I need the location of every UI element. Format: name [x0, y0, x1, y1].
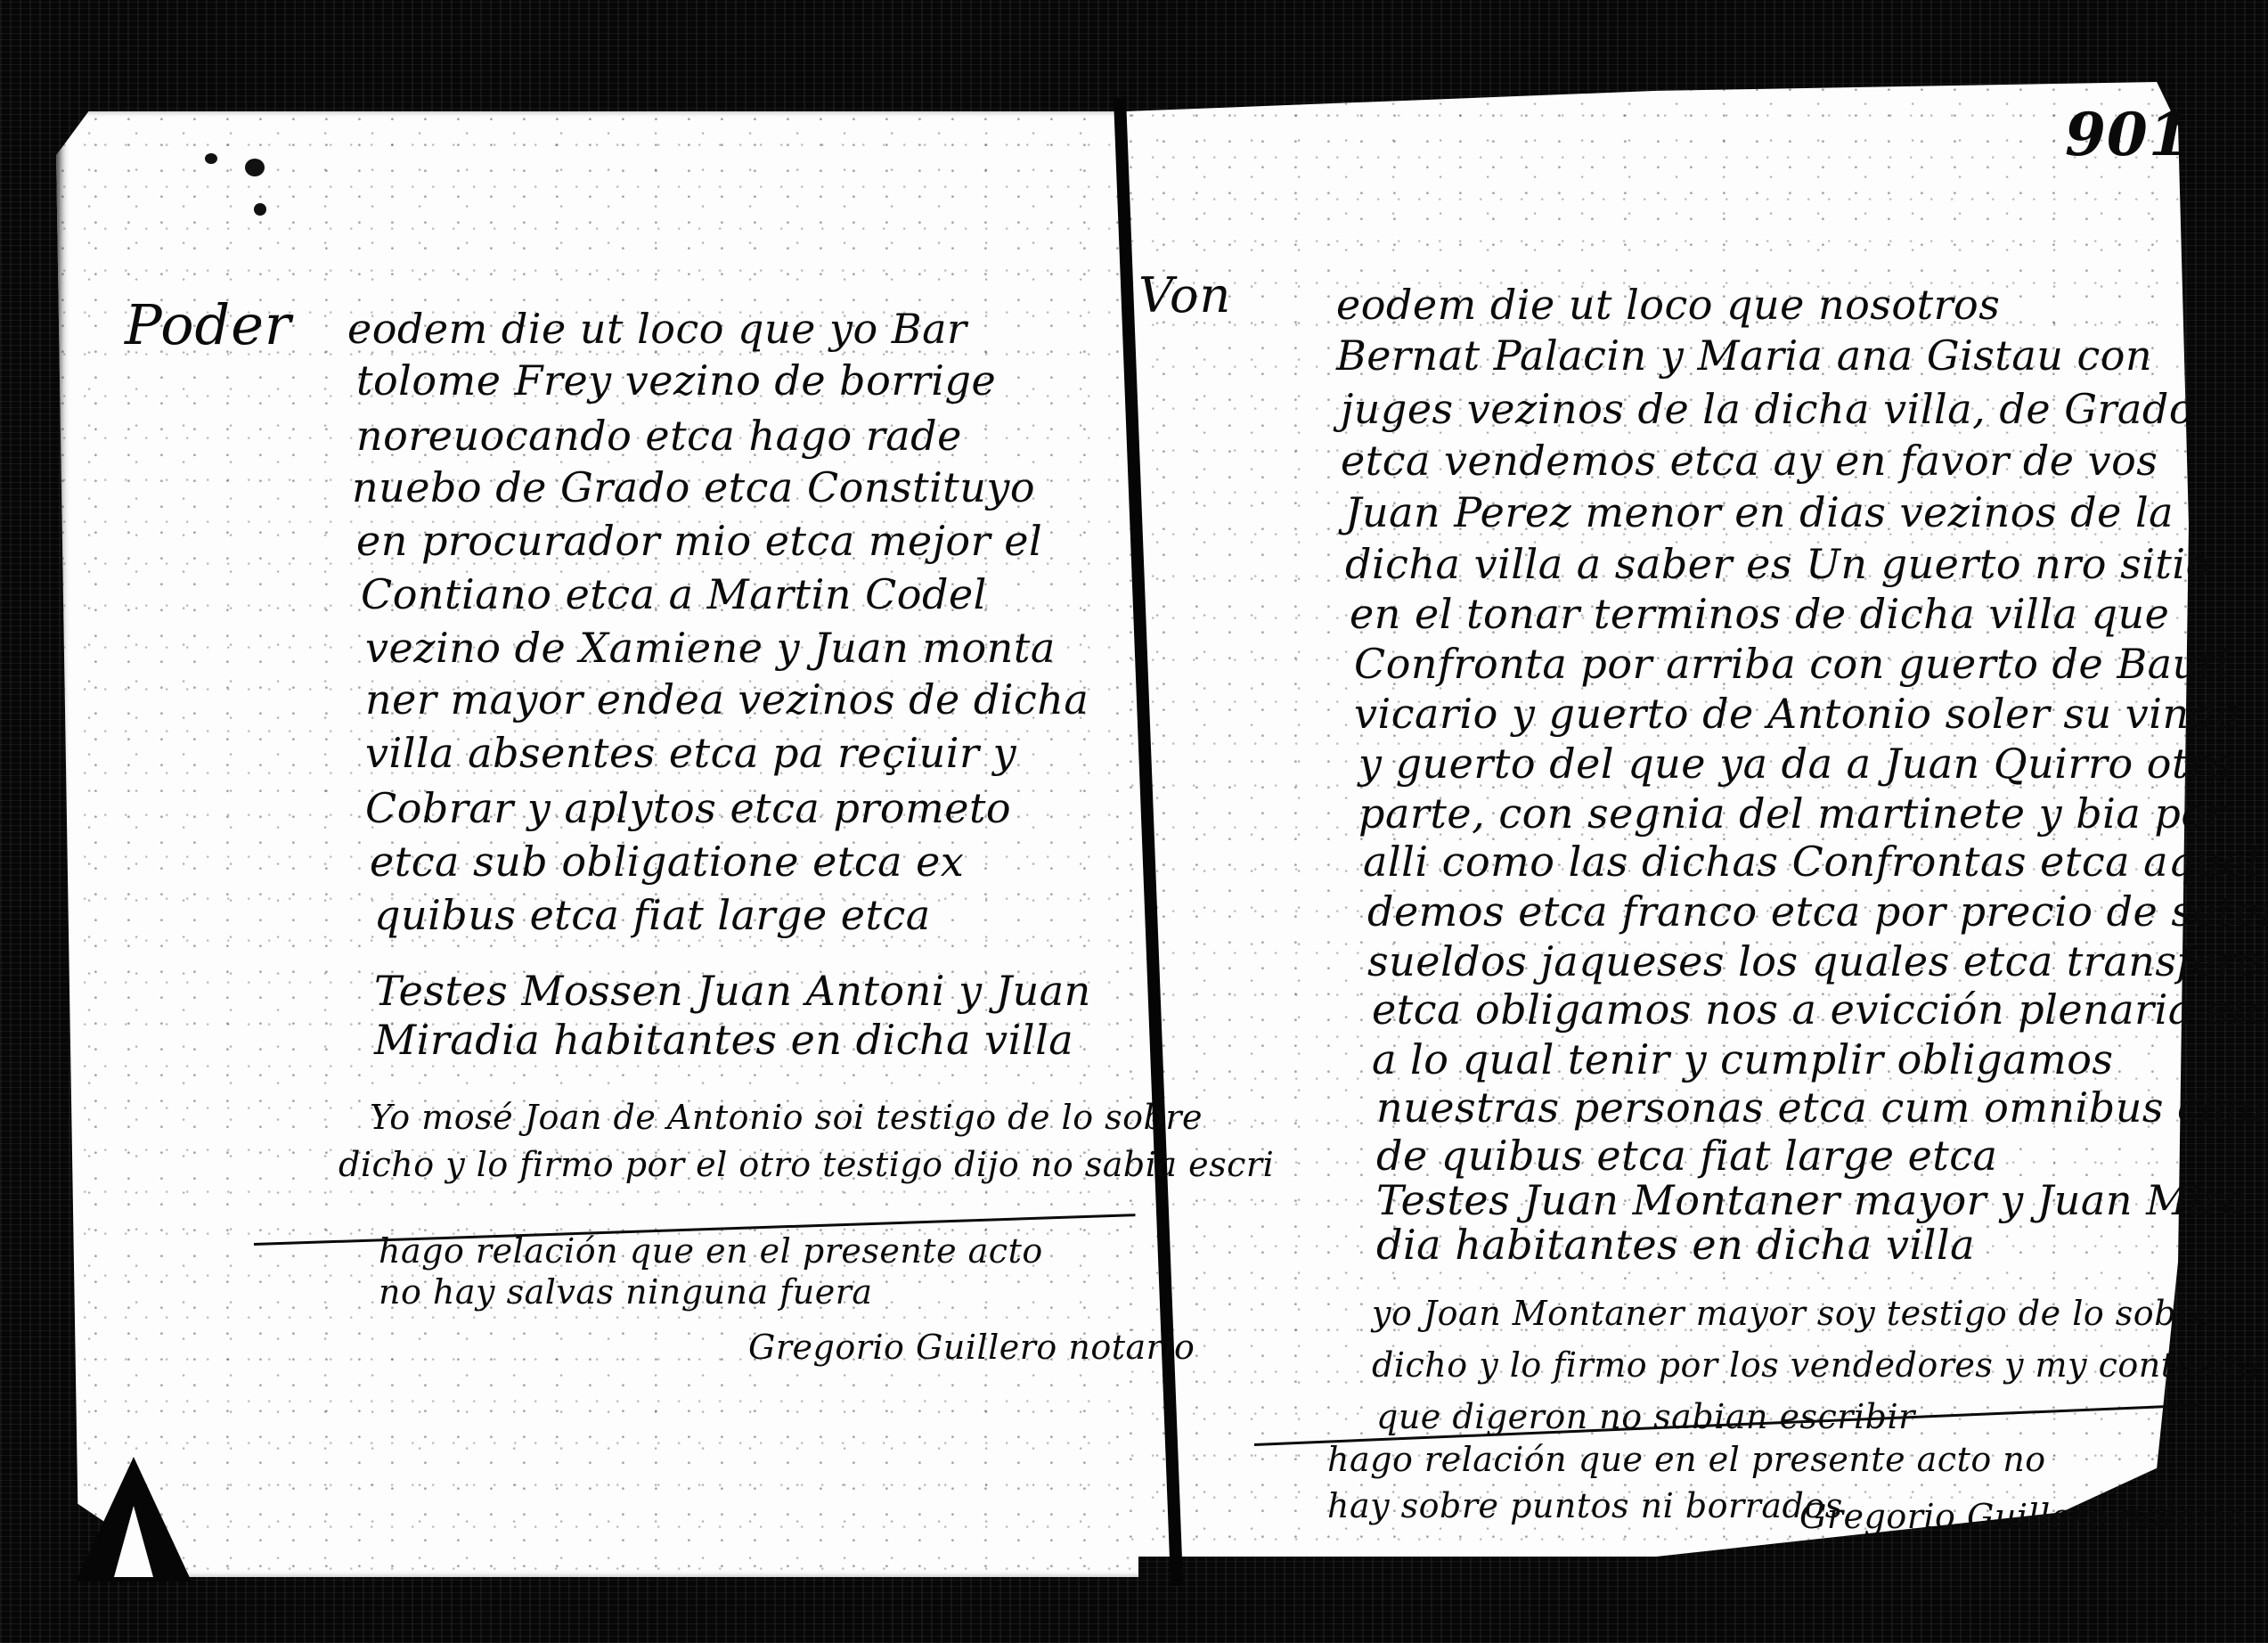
right-line-25: hay sobre puntos ni borrados	[1327, 1486, 1843, 1525]
right-line-21: yo Joan Montaner mayor soy testigo de lo…	[1372, 1294, 2214, 1333]
ink-blot	[254, 203, 266, 216]
ink-blot	[245, 159, 265, 176]
left-line-14: Miradia habitantes en dicha villa	[374, 1016, 1073, 1064]
right-line-6: dicha villa a saber es Un guerto nro sit…	[1345, 540, 2211, 588]
left-line-12: quibus etca fiat large etca	[374, 891, 931, 939]
left-line-16: dicho y lo firmo por el otro testigo dij…	[339, 1145, 1274, 1184]
right-line-23: que digeron no sabian escribir	[1376, 1397, 1915, 1436]
left-line-7: vezino de Xamiene y Juan monta	[365, 624, 1056, 672]
right-notary-signature: Gregorio Guillero notario	[1799, 1497, 2246, 1536]
left-line-5: en procurador mio etca mejor el	[356, 517, 1042, 565]
left-line-6: Contiano etca a Martin Codel	[361, 570, 987, 618]
left-line-18: no hay salvas ninguna fuera	[379, 1272, 873, 1312]
right-line-10: y guerto del que ya da a Juan Quirro otr…	[1358, 740, 2233, 788]
right-line-13: demos etca franco etca por precio de set…	[1367, 887, 2268, 936]
right-line-3: juges vezinos de la dicha villa, de Grad…	[1341, 385, 2194, 433]
left-line-17: hago relación que en el presente acto	[379, 1231, 1043, 1271]
right-line-2: Bernat Palacin y Maria ana Gistau con	[1336, 331, 2152, 380]
right-line-9: vicario y guerto de Antonio soler su vin…	[1354, 690, 2240, 738]
binding-corner-mark	[76, 1457, 192, 1582]
right-line-7: en el tonar terminos de dicha villa que	[1350, 590, 2169, 638]
left-line-11: etca sub obligatione etca ex	[370, 838, 964, 886]
right-line-17: nuestras personas etca cum omnibus claus…	[1376, 1083, 2268, 1132]
right-line-11: parte, con segnia del martinete y bia po…	[1358, 789, 2226, 838]
folio-number: 901	[2065, 100, 2190, 169]
right-line-5: Juan Perez menor en dias vezinos de la	[1345, 488, 2174, 536]
margin-note-von: Von	[1138, 267, 1231, 323]
right-line-1: eodem die ut loco que nosotros	[1336, 281, 2000, 329]
left-line-10: Cobrar y aplytos etca prometo	[365, 784, 1011, 832]
right-line-8: Confronta por arriba con guerto de Bauti	[1354, 640, 2230, 688]
right-line-18: de quibus etca fiat large etca	[1376, 1132, 1997, 1180]
right-line-12: alli como las dichas Confrontas etca aqu…	[1363, 838, 2268, 886]
right-line-4: etca vendemos etca ay en favor de vos	[1341, 437, 2158, 485]
left-notary-signature: Gregorio Guillero notario	[748, 1328, 1195, 1367]
right-line-14: sueldos jaqueses los quales etca transfe…	[1367, 937, 2268, 985]
left-line-1: eodem die ut loco que yo Bar	[347, 305, 967, 353]
left-line-3: noreuocando etca hago rade	[356, 412, 962, 460]
right-line-20: dia habitantes en dicha villa	[1376, 1221, 1975, 1269]
left-line-8: ner mayor endea vezinos de dicha	[365, 675, 1089, 723]
margin-note-poder: Poder	[125, 292, 292, 357]
left-line-2: tolome Frey vezino de borrige	[356, 356, 996, 405]
left-line-4: nuebo de Grado etca Constituyo	[352, 463, 1035, 511]
left-line-9: villa absentes etca pa reçiuir y	[365, 729, 1016, 777]
right-line-16: a lo qual tenir y cumplir obligamos	[1372, 1035, 2114, 1083]
left-line-13: Testes Mossen Juan Antoni y Juan	[374, 967, 1091, 1015]
left-line-15: Yo mosé Joan de Antonio soi testigo de l…	[370, 1098, 1203, 1137]
right-line-24: hago relación que en el presente acto no	[1327, 1440, 2046, 1479]
right-line-15: etca obligamos nos a evicción plenaria e…	[1372, 985, 2268, 1034]
right-line-19: Testes Juan Montaner mayor y Juan Mira	[1376, 1176, 2247, 1224]
ink-blot	[205, 153, 217, 164]
right-line-22: dicho y lo firmo por los vendedores y my…	[1372, 1345, 2261, 1385]
